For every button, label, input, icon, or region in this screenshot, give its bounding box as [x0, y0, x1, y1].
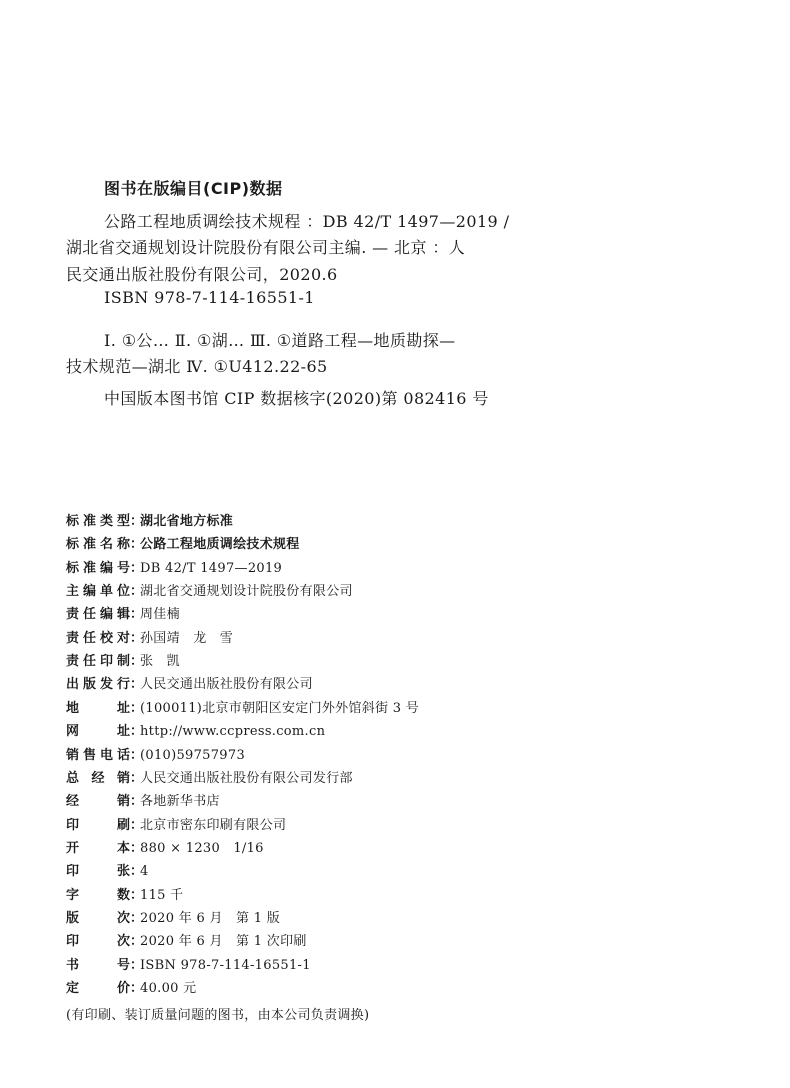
info-label: 主编单位 — [66, 583, 130, 601]
quality-note: (有印刷、装订质量问题的图书，由本公司负责调换) — [66, 1004, 369, 1023]
info-value: 周佳楠 — [140, 607, 180, 622]
info-label: 字数 — [66, 887, 130, 905]
info-row: 销售电话：(010)59757973 — [66, 747, 245, 765]
info-label: 总经销 — [66, 770, 130, 788]
info-row: 印张：4 — [66, 863, 149, 881]
cip-line-publisher: 民交通出版社股份有限公司，2020.6 — [66, 262, 338, 285]
info-label: 地址 — [66, 700, 130, 718]
info-label: 定价 — [66, 980, 130, 998]
info-row: 字数：115 千 — [66, 887, 183, 905]
info-value: 湖北省交通规划设计院股份有限公司 — [140, 584, 353, 599]
info-label: 网址 — [66, 723, 130, 741]
info-label: 责任编辑 — [66, 606, 130, 624]
info-row: 标准名称：公路工程地质调绘技术规程 — [66, 536, 300, 554]
info-label: 责任印制 — [66, 653, 130, 671]
info-colon: ： — [130, 583, 140, 601]
info-colon: ： — [130, 910, 140, 928]
info-value: 孙国靖 龙 雪 — [140, 631, 233, 646]
info-colon: ： — [130, 887, 140, 905]
cip-line-isbn: ISBN 978-7-114-16551-1 — [104, 288, 315, 307]
info-row: 出版发行：人民交通出版社股份有限公司 — [66, 676, 313, 694]
info-row: 网址：http://www.ccpress.com.cn — [66, 723, 325, 741]
info-value: 公路工程地质调绘技术规程 — [140, 537, 300, 552]
info-value: 115 千 — [140, 888, 183, 903]
info-value: 4 — [140, 864, 149, 879]
info-colon: ： — [130, 536, 140, 554]
info-value: 2020 年 6 月 第 1 次印刷 — [140, 934, 307, 949]
info-value: http://www.ccpress.com.cn — [140, 724, 325, 739]
info-label: 版次 — [66, 910, 130, 928]
info-label: 销售电话 — [66, 747, 130, 765]
info-value: ISBN 978-7-114-16551-1 — [140, 958, 311, 973]
info-value: (010)59757973 — [140, 748, 245, 763]
info-value: 人民交通出版社股份有限公司 — [140, 677, 313, 692]
info-colon: ： — [130, 676, 140, 694]
info-row: 主编单位：湖北省交通规划设计院股份有限公司 — [66, 583, 353, 601]
info-label: 标准类型 — [66, 513, 130, 531]
cip-line-classification-cont: 技术规范—湖北 Ⅳ. ①U412.22-65 — [66, 354, 328, 377]
cip-line-title: 公路工程地质调绘技术规程 ：DB 42/T 1497—2019 / — [104, 209, 509, 232]
info-value: 2020 年 6 月 第 1 版 — [140, 911, 280, 926]
info-colon: ： — [130, 653, 140, 671]
info-colon: ： — [130, 863, 140, 881]
info-label: 印刷 — [66, 817, 130, 835]
info-value: 湖北省地方标准 — [140, 514, 233, 529]
info-label: 标准编号 — [66, 560, 130, 578]
info-colon: ： — [130, 840, 140, 858]
cip-title: 图书在版编目(CIP)数据 — [104, 176, 283, 199]
info-row: 标准编号：DB 42/T 1497—2019 — [66, 560, 282, 578]
info-row: 印刷：北京市密东印刷有限公司 — [66, 817, 286, 835]
cip-line-editor: 湖北省交通规划设计院股份有限公司主编. — 北京 ：人 — [66, 235, 465, 258]
info-value: 各地新华书店 — [140, 794, 220, 809]
cip-line-classification: Ⅰ. ①公… Ⅱ. ①湖… Ⅲ. ①道路工程—地质勘探— — [104, 328, 456, 351]
info-colon: ： — [130, 817, 140, 835]
info-colon: ： — [130, 957, 140, 975]
info-row: 定价：40.00 元 — [66, 980, 196, 998]
info-colon: ： — [130, 723, 140, 741]
info-label: 印张 — [66, 863, 130, 881]
info-value: (100011)北京市朝阳区安定门外外馆斜街 3 号 — [140, 701, 419, 716]
info-label: 印次 — [66, 933, 130, 951]
info-colon: ： — [130, 980, 140, 998]
info-row: 印次：2020 年 6 月 第 1 次印刷 — [66, 933, 307, 951]
info-colon: ： — [130, 933, 140, 951]
info-row: 书号：ISBN 978-7-114-16551-1 — [66, 957, 311, 975]
info-value: 人民交通出版社股份有限公司发行部 — [140, 771, 353, 786]
info-colon: ： — [130, 560, 140, 578]
info-label: 开本 — [66, 840, 130, 858]
info-label: 经销 — [66, 793, 130, 811]
cip-line-cip-number: 中国版本图书馆 CIP 数据核字(2020)第 082416 号 — [104, 386, 489, 409]
info-row: 标准类型：湖北省地方标准 — [66, 513, 233, 531]
info-colon: ： — [130, 700, 140, 718]
info-label: 出版发行 — [66, 676, 130, 694]
info-label: 责任校对 — [66, 630, 130, 648]
info-row: 责任编辑：周佳楠 — [66, 606, 180, 624]
info-row: 地址：(100011)北京市朝阳区安定门外外馆斜街 3 号 — [66, 700, 419, 718]
info-colon: ： — [130, 747, 140, 765]
info-row: 总经销：人民交通出版社股份有限公司发行部 — [66, 770, 353, 788]
info-row: 责任校对：孙国靖 龙 雪 — [66, 630, 233, 648]
info-colon: ： — [130, 606, 140, 624]
info-label: 书号 — [66, 957, 130, 975]
info-label: 标准名称 — [66, 536, 130, 554]
info-value: 北京市密东印刷有限公司 — [140, 818, 286, 833]
info-value: 40.00 元 — [140, 981, 196, 996]
info-colon: ： — [130, 770, 140, 788]
info-colon: ： — [130, 793, 140, 811]
info-value: DB 42/T 1497—2019 — [140, 561, 282, 576]
info-value: 张 凯 — [140, 654, 180, 669]
info-colon: ： — [130, 630, 140, 648]
info-row: 版次：2020 年 6 月 第 1 版 — [66, 910, 280, 928]
info-value: 880 × 1230 1/16 — [140, 841, 264, 856]
info-row: 经销：各地新华书店 — [66, 793, 220, 811]
info-row: 开本：880 × 1230 1/16 — [66, 840, 264, 858]
info-colon: ： — [130, 513, 140, 531]
info-row: 责任印制：张 凯 — [66, 653, 180, 671]
